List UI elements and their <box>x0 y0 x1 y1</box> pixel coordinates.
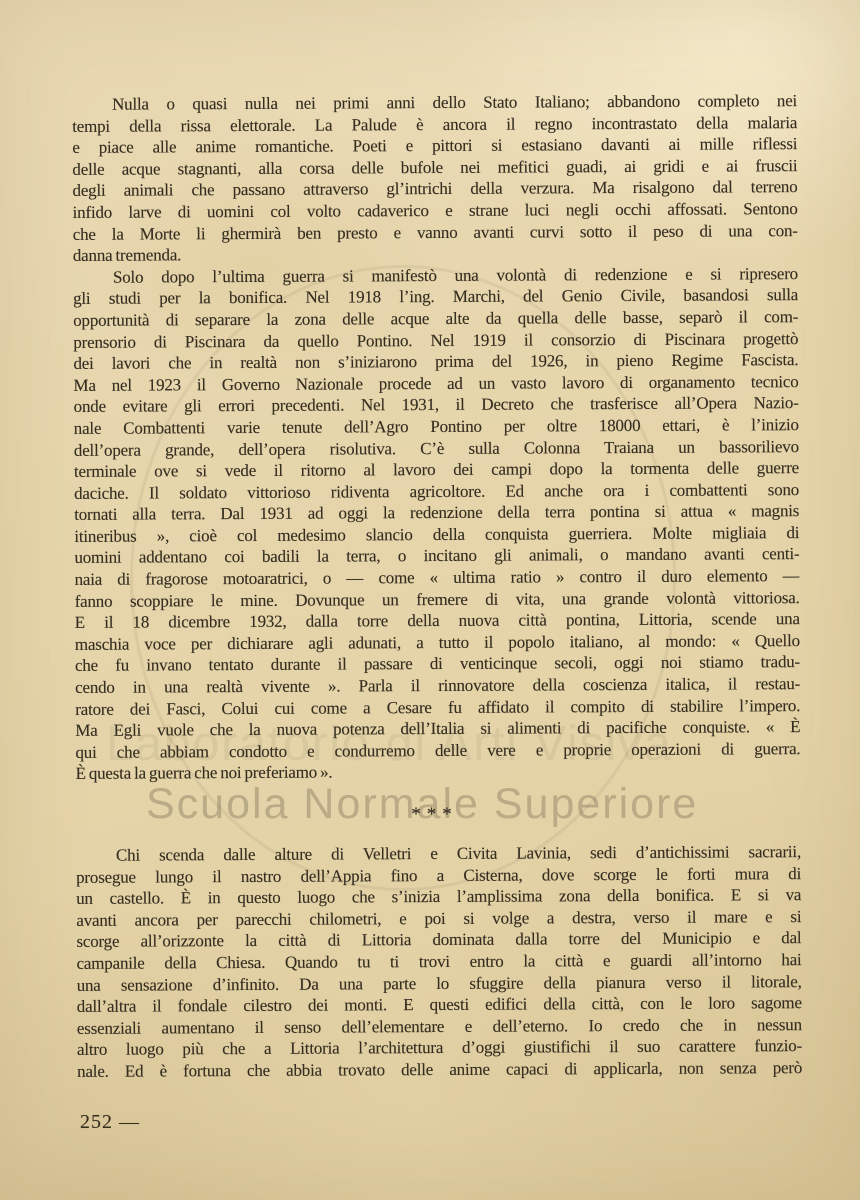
text-line: che la Morte li ghermirà ben presto e va… <box>73 220 798 245</box>
text-line: campanile della Chiesa. Quando tu ti tro… <box>77 949 802 974</box>
paragraph: Nulla o quasi nulla nei primi anni dello… <box>72 90 798 267</box>
scanned-page: Laboratorio di Arti Visiva Scuola Normal… <box>0 0 860 1200</box>
paragraph: Chi scenda dalle alture di Velletri e Ci… <box>76 841 802 1082</box>
text-line: opportunità di separare la zona delle ac… <box>73 306 798 331</box>
text-line: nale Combattenti varie tenute dell’Agro … <box>74 414 799 439</box>
page-number: 252 — <box>80 1110 140 1134</box>
body-text: Nulla o quasi nulla nei primi anni dello… <box>72 90 802 1082</box>
text-line: nale. Ed è fortuna che abbia trovato del… <box>77 1057 802 1082</box>
paragraph: Solo dopo l’ultima guerra si manifestò u… <box>73 263 801 785</box>
text-line: È questa la guerra che noi preferiamo ». <box>76 759 801 784</box>
text-line: qui che abbiam condotto e condurremo del… <box>75 738 800 763</box>
section-separator: *** <box>72 804 797 826</box>
text-line: infido larve di uomini col volto cadaver… <box>73 198 798 223</box>
